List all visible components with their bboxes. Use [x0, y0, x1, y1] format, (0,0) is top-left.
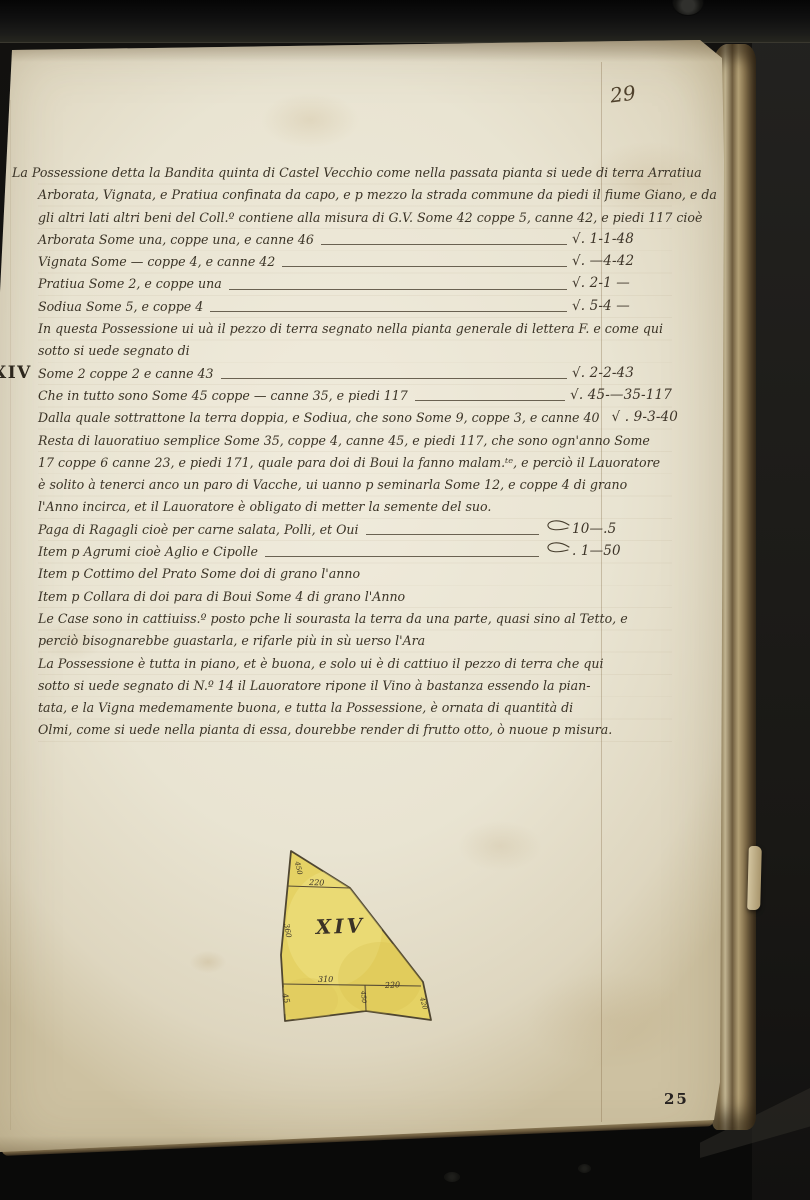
margin-parcel-label: XIV [0, 363, 32, 383]
ink-rule [221, 378, 567, 379]
manuscript-line-text: 17 coppe 6 canne 23, e piedi 171, quale … [38, 452, 660, 474]
manuscript-line: In questa Possessione ui uà il pezzo di … [38, 318, 672, 340]
manuscript-line-text: Vignata Some — coppe 4, e canne 42 [38, 251, 275, 273]
manuscript-line-text: Item p Cottimo del Prato Some doi di gra… [38, 563, 360, 585]
manuscript-line: è solito à tenerci anco un paro di Vacch… [38, 474, 672, 496]
manuscript-line-text: perciò bisognarebbe guastarla, e rifarle… [38, 630, 425, 652]
edge-measurement: 45 [280, 991, 292, 1004]
manuscript-line-text: Paga di Ragagli cioè per carne salata, P… [38, 519, 359, 541]
manuscript-line: Item p Collara di doi para di Boui Some … [38, 586, 672, 608]
manuscript-line-text: La Possessione è tutta in piano, et è bu… [38, 653, 604, 675]
manuscript-line: Pratiua Some 2, e coppe una√. 2-1 — [38, 273, 672, 295]
manuscript-line-text: Arborata Some una, coppe una, e canne 46 [38, 229, 314, 251]
manuscript-line: Item p Agrumi cioè Aglio e Cipolle. 1—50 [38, 541, 672, 563]
manuscript-line-text: tata, e la Vigna medemamente buona, e tu… [38, 697, 573, 719]
amount-value: . 1—50 [572, 540, 672, 563]
manuscript-line: l'Anno incirca, et il Lauoratore è oblig… [38, 496, 672, 518]
scanned-manuscript-view: 29 25 XIV La Possessione detta la Bandit… [0, 0, 810, 1200]
manuscript-line-text: Olmi, come si uede nella pianta di essa,… [38, 719, 612, 741]
amount-value: √. 1-1-48 [572, 228, 672, 251]
parcel-label: XIV [313, 913, 365, 939]
parcel-map: XIV 450 220 360 45 310 450 220 420 [268, 840, 448, 1040]
manuscript-line: gli altri lati altri beni del Coll.º con… [38, 207, 672, 229]
manuscript-line: Vignata Some — coppe 4, e canne 42√. —4-… [38, 251, 672, 273]
manuscript-line: Paga di Ragagli cioè per carne salata, P… [38, 519, 672, 541]
ink-rule [229, 289, 567, 290]
manuscript-line-text: Che in tutto sono Some 45 coppe — canne … [38, 385, 408, 407]
manuscript-line-text: Item p Collara di doi para di Boui Some … [38, 586, 405, 608]
parcel-texture [278, 870, 422, 1022]
amount-value: 10—.5 [572, 518, 672, 541]
manuscript-line: 17 coppe 6 canne 23, e piedi 171, quale … [38, 452, 672, 474]
manuscript-line: La Possessione è tutta in piano, et è bu… [38, 653, 672, 675]
manuscript-line-text: Sodiua Some 5, e coppe 4 [38, 296, 203, 318]
manuscript-line: Sodiua Some 5, e coppe 4√. 5-4 — [38, 296, 672, 318]
stamp-page-number: 25 [664, 1090, 689, 1108]
manuscript-line-text: Le Case sono in cattiuiss.º posto pche l… [38, 608, 628, 630]
manuscript-line: Dalla quale sottrattone la terra doppia,… [38, 407, 672, 429]
manuscript-line-text: l'Anno incirca, et il Lauoratore è oblig… [38, 496, 491, 518]
manuscript-line-text: è solito à tenerci anco un paro di Vacch… [38, 474, 627, 496]
manuscript-text: La Possessione detta la Bandita quinta d… [38, 162, 672, 742]
amount-value: √. 5-4 — [572, 295, 672, 318]
manuscript-line-text: Dalla quale sottrattone la terra doppia,… [38, 407, 600, 429]
manuscript-line-text: Item p Agrumi cioè Aglio e Cipolle [38, 541, 258, 563]
scanner-screw [444, 1172, 460, 1182]
book-page: 29 25 XIV La Possessione detta la Bandit… [0, 40, 724, 1154]
scanner-bed-background [752, 0, 810, 1200]
scanner-screw [578, 1164, 591, 1173]
flourish-icon [544, 541, 570, 555]
flourish-icon [544, 519, 570, 533]
edge-measurement: 450 [359, 989, 368, 1003]
manuscript-line: La Possessione detta la Bandita quinta d… [12, 162, 672, 184]
manuscript-line-text: Resta di lauoratiuo semplice Some 35, co… [38, 430, 650, 452]
manuscript-line-text: sotto si uede segnato di N.º 14 il Lauor… [38, 675, 590, 697]
manuscript-line-text: gli altri lati altri beni del Coll.º con… [38, 207, 702, 229]
edge-measurement: 220 [308, 878, 325, 888]
ink-rule [366, 534, 539, 535]
edge-measurement: 220 [384, 980, 401, 990]
manuscript-line: perciò bisognarebbe guastarla, e rifarle… [38, 630, 672, 652]
manuscript-line: sotto si uede segnato di [38, 340, 672, 362]
amount-value: √. —4-42 [572, 250, 672, 273]
manuscript-line: Some 2 coppe 2 e canne 43√. 2-2-43 [38, 363, 672, 385]
manuscript-line: sotto si uede segnato di N.º 14 il Lauor… [38, 675, 672, 697]
manuscript-line-text: Pratiua Some 2, e coppe una [38, 273, 222, 295]
manuscript-line-text: In questa Possessione ui uà il pezzo di … [38, 318, 663, 340]
left-margin-rule-line [10, 100, 11, 1130]
ink-rule [265, 556, 539, 557]
ink-rule [415, 400, 565, 401]
manuscript-line-text: La Possessione detta la Bandita quinta d… [12, 162, 702, 184]
manuscript-line: Arborata Some una, coppe una, e canne 46… [38, 229, 672, 251]
manuscript-line: Olmi, come si uede nella pianta di essa,… [38, 719, 672, 741]
manuscript-line: Le Case sono in cattiuiss.º posto pche l… [38, 608, 672, 630]
manuscript-line: tata, e la Vigna medemamente buona, e tu… [38, 697, 672, 719]
folio-number: 29 [609, 81, 637, 108]
edge-measurement: 310 [318, 975, 333, 984]
page-stack-tab [747, 846, 762, 910]
amount-value: √. 2-1 — [572, 272, 672, 295]
manuscript-line: Arborata, Vignata, e Pratiua confinata d… [38, 184, 672, 206]
manuscript-line-text: Arborata, Vignata, e Pratiua confinata d… [38, 184, 717, 206]
manuscript-line: Resta di lauoratiuo semplice Some 35, co… [38, 430, 672, 452]
ink-rule [282, 266, 567, 267]
manuscript-line: Che in tutto sono Some 45 coppe — canne … [38, 385, 672, 407]
ink-rule [210, 311, 567, 312]
amount-value: √. 45-—35-117 [570, 384, 672, 407]
manuscript-line-text: Some 2 coppe 2 e canne 43 [38, 363, 214, 385]
ink-rule [321, 244, 567, 245]
amount-value: √ . 9-3-40 [612, 406, 712, 429]
manuscript-line-text: sotto si uede segnato di [38, 340, 190, 362]
manuscript-line: Item p Cottimo del Prato Some doi di gra… [38, 563, 672, 585]
amount-value: √. 2-2-43 [572, 362, 672, 385]
